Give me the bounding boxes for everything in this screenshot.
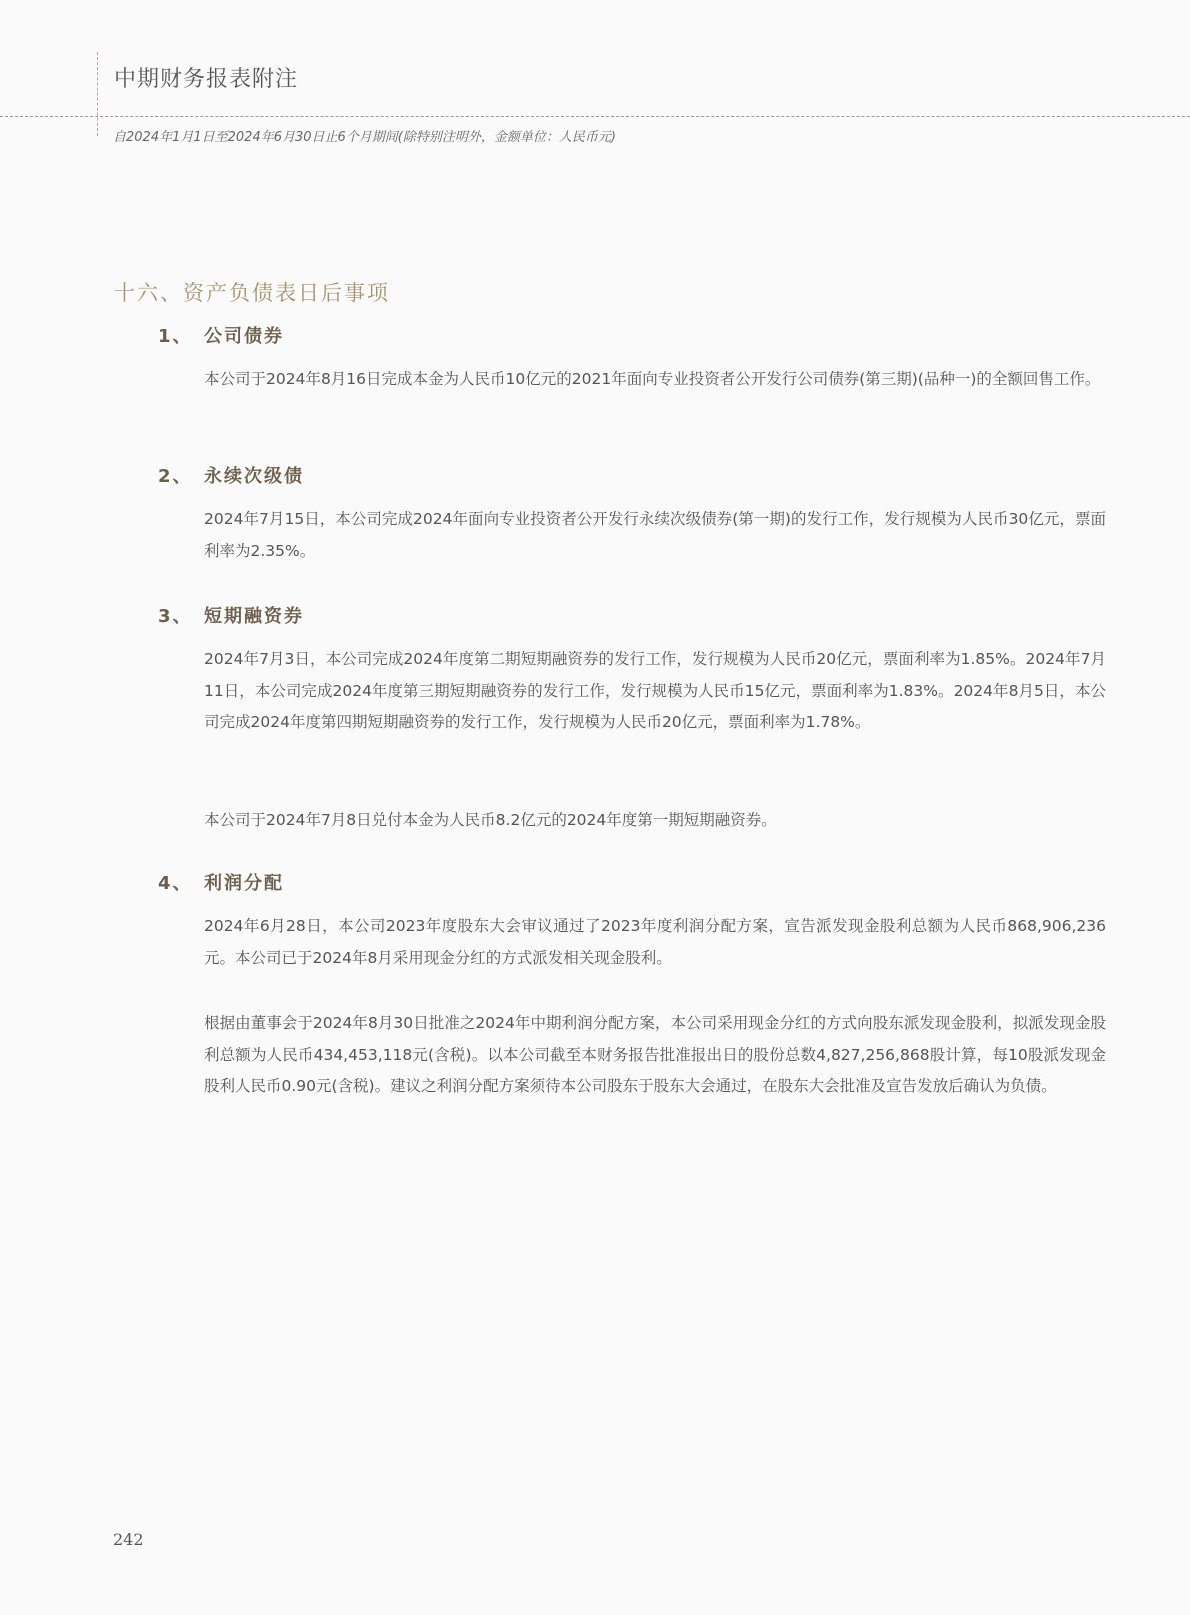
document-title: 中期财务报表附注 [114, 62, 298, 93]
header-vertical-divider [97, 52, 98, 136]
item-heading-short-term-financing-bills: 3、短期融资券 [158, 602, 304, 628]
item-title: 公司债券 [204, 326, 284, 347]
header-horizontal-divider [0, 116, 1190, 117]
section-title: 十六、资产负债表日后事项 [114, 277, 390, 307]
paragraph: 根据由董事会于2024年8月30日批准之2024年中期利润分配方案，本公司采用现… [204, 1008, 1106, 1103]
paragraph: 2024年7月15日，本公司完成2024年面向专业投资者公开发行永续次级债券(第… [204, 504, 1106, 567]
item-number: 3、 [158, 602, 204, 628]
item-number: 4、 [158, 869, 204, 895]
document-subtitle: 自2024年1月1日至2024年6月30日止6个月期间(除特别注明外，金额单位：… [113, 126, 616, 145]
paragraph: 本公司于2024年7月8日兑付本金为人民币8.2亿元的2024年度第一期短期融资… [204, 805, 1106, 837]
item-title: 永续次级债 [204, 466, 304, 487]
item-number: 2、 [158, 462, 204, 488]
item-number: 1、 [158, 322, 204, 348]
paragraph: 2024年6月28日，本公司2023年度股东大会审议通过了2023年度利润分配方… [204, 911, 1106, 974]
item-title: 利润分配 [204, 873, 284, 894]
item-heading-profit-distribution: 4、利润分配 [158, 869, 284, 895]
page-number: 242 [113, 1530, 144, 1549]
paragraph: 2024年7月3日，本公司完成2024年度第二期短期融资券的发行工作，发行规模为… [204, 644, 1106, 739]
item-title: 短期融资券 [204, 606, 304, 627]
item-heading-perpetual-subordinated-bonds: 2、永续次级债 [158, 462, 304, 488]
paragraph: 本公司于2024年8月16日完成本金为人民币10亿元的2021年面向专业投资者公… [204, 364, 1106, 396]
item-heading-corporate-bonds: 1、公司债券 [158, 322, 284, 348]
